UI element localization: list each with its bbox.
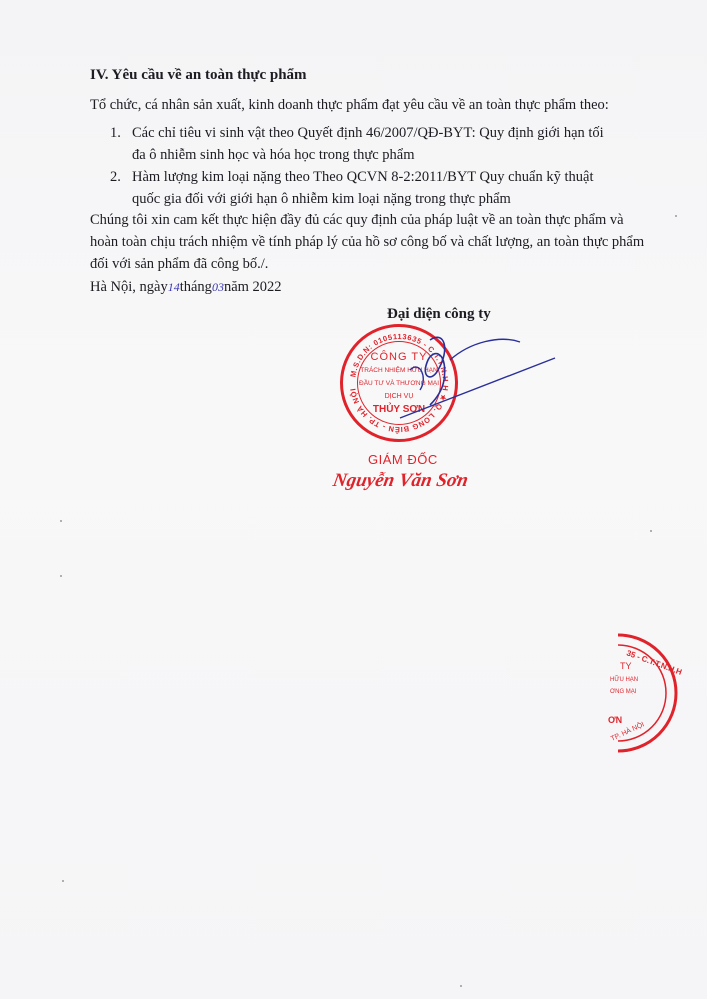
svg-text:HỮU HẠN: HỮU HẠN — [610, 676, 638, 683]
representative-label: Đại diện công ty — [387, 306, 491, 323]
page-seal-partial: 35 - C.T.T.N.H.H TY HỮU HẠN ƠNG MẠI ƠN T… — [608, 633, 688, 753]
scan-speck — [62, 880, 64, 882]
requirements-list: 1. Các chỉ tiêu vi sinh vật theo Quyết đ… — [110, 122, 610, 210]
scan-speck — [675, 215, 677, 217]
requirement-text: Hàm lượng kim loại nặng theo Theo QCVN 8… — [132, 169, 593, 207]
scan-speck — [650, 530, 652, 532]
commitment-paragraph: Chúng tôi xin cam kết thực hiện đầy đủ c… — [90, 209, 650, 275]
director-name: Nguyễn Văn Sơn — [331, 470, 470, 492]
month-label: tháng — [180, 279, 212, 295]
document-page: IV. Yêu cầu về an toàn thực phẩm Tổ chức… — [0, 0, 707, 999]
requirement-text: Các chỉ tiêu vi sinh vật theo Quyết định… — [132, 125, 604, 163]
intro-paragraph: Tổ chức, cá nhân sản xuất, kinh doanh th… — [90, 94, 609, 116]
svg-text:35 - C.T.T.N.H.H: 35 - C.T.T.N.H.H — [625, 648, 683, 676]
date-place: Hà Nội, ngày — [90, 279, 168, 295]
scan-speck — [60, 575, 62, 577]
scan-speck — [460, 985, 462, 987]
year-label: năm 2022 — [224, 279, 282, 295]
svg-text:ƠNG MẠI: ƠNG MẠI — [610, 689, 637, 695]
handwritten-signature — [390, 330, 560, 420]
section-heading: IV. Yêu cầu về an toàn thực phẩm — [90, 67, 307, 84]
requirement-item: 1. Các chỉ tiêu vi sinh vật theo Quyết đ… — [110, 122, 610, 166]
requirement-number: 2. — [110, 166, 121, 188]
handwritten-day: 14 — [168, 280, 180, 294]
scan-speck — [60, 520, 62, 522]
director-title: GIÁM ĐỐC — [368, 452, 438, 467]
requirement-item: 2. Hàm lượng kim loại nặng theo Theo QCV… — [110, 166, 610, 210]
svg-text:ƠN: ƠN — [608, 715, 622, 725]
date-line: Hà Nội, ngày14tháng03năm 2022 — [90, 279, 282, 296]
handwritten-month: 03 — [212, 280, 224, 294]
requirement-number: 1. — [110, 122, 121, 144]
svg-text:TY: TY — [620, 661, 632, 671]
